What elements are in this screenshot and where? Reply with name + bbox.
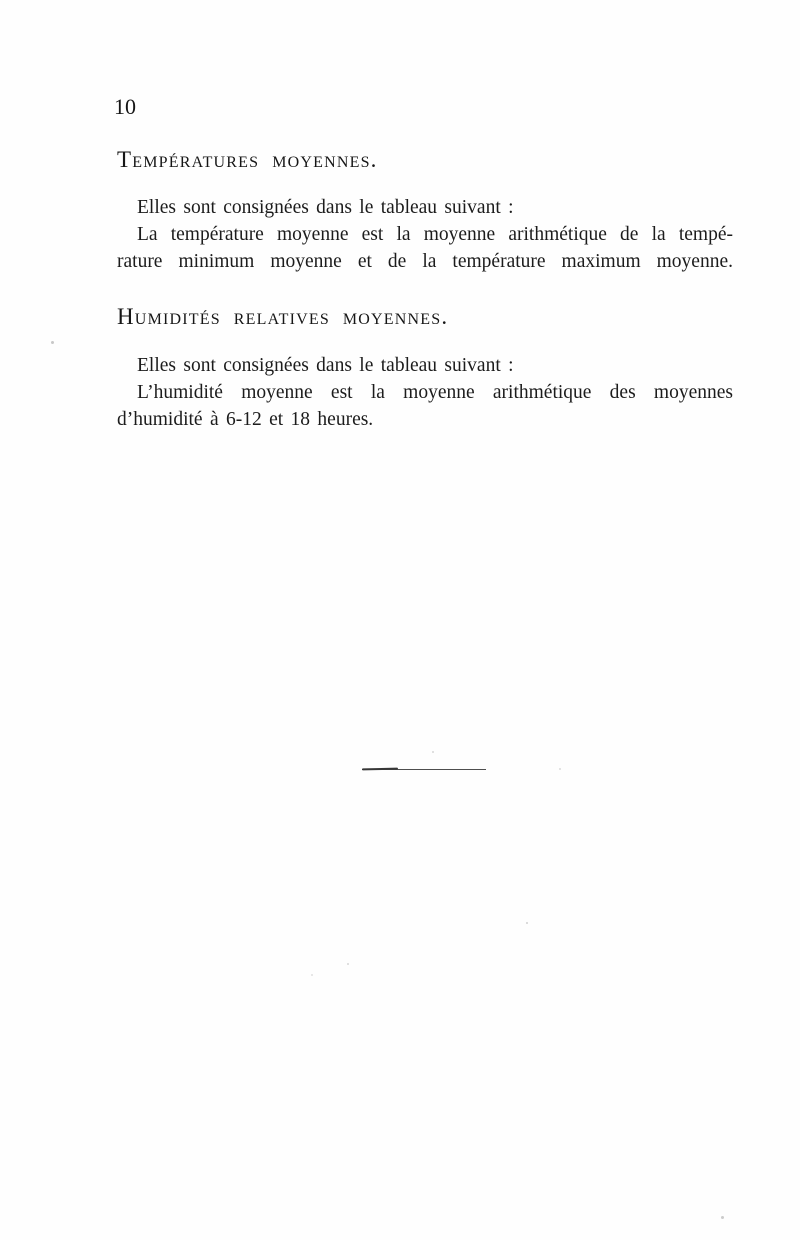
section-heading-temperatures: Températures moyennes. — [117, 146, 733, 173]
text-block: Températures moyennes. Elles sont consig… — [117, 146, 733, 433]
scan-speck — [432, 751, 434, 753]
section-temperatures: Températures moyennes. Elles sont consig… — [117, 146, 733, 275]
paragraph-line: L’humidité moyenne est la moyenne arithm… — [117, 379, 733, 406]
paragraph: Elles sont consignées dans le tableau su… — [117, 352, 733, 433]
paragraph-line: d’humidité à 6-12 et 18 heures. — [117, 406, 733, 433]
paragraph-line: rature minimum moyenne et de la températ… — [117, 248, 733, 275]
scan-speck — [51, 341, 54, 344]
section-humidites: Humidités relatives moyennes. Elles sont… — [117, 303, 733, 433]
paragraph: Elles sont consignées dans le tableau su… — [117, 194, 733, 275]
document-page: 10 Températures moyennes. Elles sont con… — [0, 0, 800, 1240]
paragraph-line: La température moyenne est la moyenne ar… — [117, 221, 733, 248]
scan-speck — [559, 768, 561, 770]
scan-speck — [311, 974, 313, 976]
page-number: 10 — [114, 94, 136, 120]
scan-speck — [347, 963, 349, 965]
scan-speck — [721, 1216, 724, 1219]
section-divider-rule — [362, 767, 486, 770]
paragraph-line: Elles sont consignées dans le tableau su… — [117, 352, 733, 379]
section-heading-humidites: Humidités relatives moyennes. — [117, 303, 733, 330]
scan-speck — [526, 922, 528, 924]
paragraph-line: Elles sont consignées dans le tableau su… — [117, 194, 733, 221]
